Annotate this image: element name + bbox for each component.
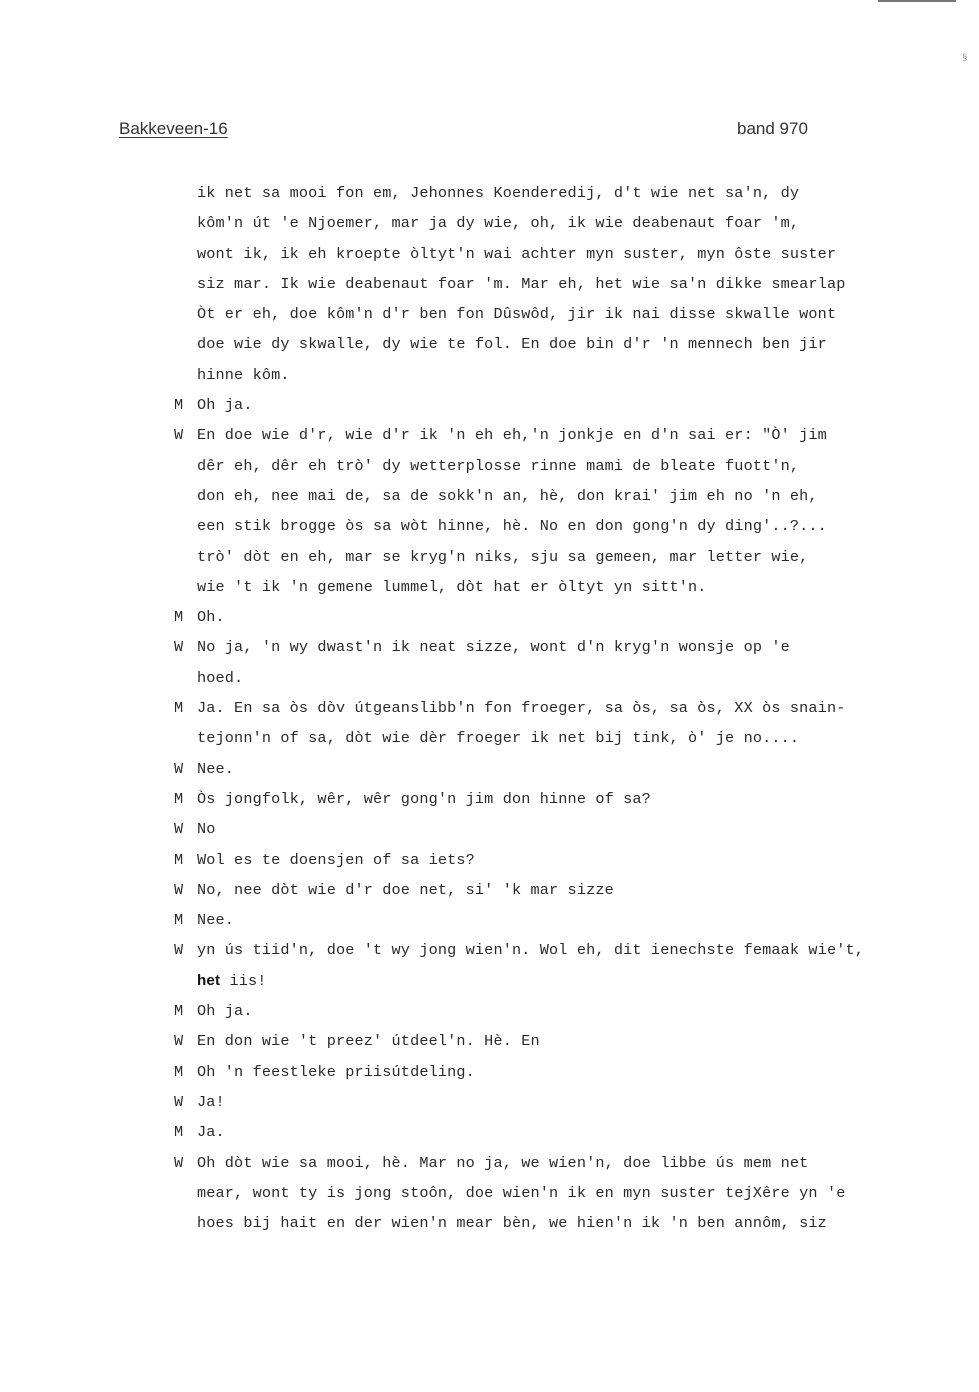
line-text: Oh 'n feestleke priisútdeling. xyxy=(197,1063,475,1081)
speaker-label: M xyxy=(174,996,197,1026)
speaker-label: M xyxy=(174,602,197,632)
line-text: No, nee dòt wie d'r doe net, si' 'k mar … xyxy=(197,881,614,899)
speaker-turn: WNo xyxy=(174,814,954,844)
line-text: hoed. xyxy=(197,669,243,687)
continuation-line: trò' dòt en eh, mar se kryg'n niks, sju … xyxy=(174,542,954,572)
speaker-turn: MOh. xyxy=(174,602,954,632)
corner-mark: § xyxy=(962,53,967,63)
speaker-turn: WNee. xyxy=(174,754,954,784)
top-edge-rule xyxy=(878,0,956,2)
speaker-label: M xyxy=(174,1117,197,1147)
tape-number: band 970 xyxy=(737,119,808,139)
continuation-line: siz mar. Ik wie deabenaut foar 'm. Mar e… xyxy=(174,269,954,299)
speaker-turn: MNee. xyxy=(174,905,954,935)
line-text: yn ús tiid'n, doe 't wy jong wien'n. Wol… xyxy=(197,941,864,959)
speaker-turn: MÒs jongfolk, wêr, wêr gong'n jim don hi… xyxy=(174,784,954,814)
line-text: kôm'n út 'e Njoemer, mar ja dy wie, oh, … xyxy=(197,214,799,232)
line-text: het iis! xyxy=(197,972,267,990)
line-text: hinne kôm. xyxy=(197,366,290,384)
line-text: Ja. xyxy=(197,1123,225,1141)
transcript-body: ik net sa mooi fon em, Jehonnes Koendere… xyxy=(174,178,954,1238)
line-text: Oh dòt wie sa mooi, hè. Mar no ja, we wi… xyxy=(197,1154,808,1172)
speaker-label: M xyxy=(174,1057,197,1087)
speaker-label: W xyxy=(174,1087,197,1117)
speaker-turn: WEn doe wie d'r, wie d'r ik 'n eh eh,'n … xyxy=(174,420,954,450)
speaker-label: W xyxy=(174,754,197,784)
continuation-line: ik net sa mooi fon em, Jehonnes Koendere… xyxy=(174,178,954,208)
line-text: hoes bij hait en der wien'n mear bèn, we… xyxy=(197,1214,827,1232)
handwritten-correction: het xyxy=(197,972,220,989)
continuation-line: kôm'n út 'e Njoemer, mar ja dy wie, oh, … xyxy=(174,208,954,238)
continuation-line: dêr eh, dêr eh trò' dy wetterplosse rinn… xyxy=(174,451,954,481)
line-text: Ja. En sa òs dòv útgeanslibb'n fon froeg… xyxy=(197,699,845,717)
speaker-turn: MOh 'n feestleke priisútdeling. xyxy=(174,1057,954,1087)
continuation-line: het iis! xyxy=(174,966,954,996)
speaker-turn: MWol es te doensjen of sa iets? xyxy=(174,845,954,875)
speaker-turn: MJa. xyxy=(174,1117,954,1147)
speaker-label: W xyxy=(174,632,197,662)
line-text: En doe wie d'r, wie d'r ik 'n eh eh,'n j… xyxy=(197,426,827,444)
continuation-line: een stik brogge òs sa wòt hinne, hè. No … xyxy=(174,511,954,541)
speaker-label: M xyxy=(174,784,197,814)
speaker-turn: WEn don wie 't preez' útdeel'n. Hè. En xyxy=(174,1026,954,1056)
line-text: En don wie 't preez' útdeel'n. Hè. En xyxy=(197,1032,540,1050)
speaker-label: W xyxy=(174,875,197,905)
line-text: Wol es te doensjen of sa iets? xyxy=(197,851,475,869)
speaker-turn: WNo ja, 'n wy dwast'n ik neat sizze, won… xyxy=(174,632,954,662)
speaker-label: W xyxy=(174,814,197,844)
line-text: wie 't ik 'n gemene lummel, dòt hat er ò… xyxy=(197,578,707,596)
speaker-turn: Wyn ús tiid'n, doe 't wy jong wien'n. Wo… xyxy=(174,935,954,965)
line-text: don eh, nee mai de, sa de sokk'n an, hè,… xyxy=(197,487,818,505)
line-text: mear, wont ty is jong stoôn, doe wien'n … xyxy=(197,1184,845,1202)
line-text: Oh ja. xyxy=(197,396,253,414)
speaker-label: W xyxy=(174,1026,197,1056)
continuation-line: don eh, nee mai de, sa de sokk'n an, hè,… xyxy=(174,481,954,511)
line-text: Oh ja. xyxy=(197,1002,253,1020)
line-text: doe wie dy skwalle, dy wie te fol. En do… xyxy=(197,335,827,353)
line-text: No xyxy=(197,820,216,838)
speaker-label: M xyxy=(174,390,197,420)
continuation-line: hinne kôm. xyxy=(174,360,954,390)
speaker-turn: WJa! xyxy=(174,1087,954,1117)
speaker-label: M xyxy=(174,905,197,935)
continuation-line: doe wie dy skwalle, dy wie te fol. En do… xyxy=(174,329,954,359)
continuation-line: tejonn'n of sa, dòt wie dèr froeger ik n… xyxy=(174,723,954,753)
continuation-line: wont ik, ik eh kroepte òltyt'n wai achte… xyxy=(174,239,954,269)
speaker-label: M xyxy=(174,845,197,875)
line-text: No ja, 'n wy dwast'n ik neat sizze, wont… xyxy=(197,638,790,656)
line-text: Nee. xyxy=(197,760,234,778)
continuation-line: hoes bij hait en der wien'n mear bèn, we… xyxy=(174,1208,954,1238)
continuation-line: wie 't ik 'n gemene lummel, dòt hat er ò… xyxy=(174,572,954,602)
speaker-label: W xyxy=(174,935,197,965)
line-text: Oh. xyxy=(197,608,225,626)
line-text: wont ik, ik eh kroepte òltyt'n wai achte… xyxy=(197,245,836,263)
speaker-turn: WNo, nee dòt wie d'r doe net, si' 'k mar… xyxy=(174,875,954,905)
line-text: dêr eh, dêr eh trò' dy wetterplosse rinn… xyxy=(197,457,799,475)
speaker-turn: MOh ja. xyxy=(174,390,954,420)
line-text: Ja! xyxy=(197,1093,225,1111)
continuation-line: Òt er eh, doe kôm'n d'r ben fon Dûswôd, … xyxy=(174,299,954,329)
line-text: Nee. xyxy=(197,911,234,929)
continuation-line: hoed. xyxy=(174,663,954,693)
speaker-turn: MOh ja. xyxy=(174,996,954,1026)
line-text: trò' dòt en eh, mar se kryg'n niks, sju … xyxy=(197,548,808,566)
speaker-label: W xyxy=(174,420,197,450)
speaker-turn: WOh dòt wie sa mooi, hè. Mar no ja, we w… xyxy=(174,1148,954,1178)
line-text: siz mar. Ik wie deabenaut foar 'm. Mar e… xyxy=(197,275,845,293)
line-text: tejonn'n of sa, dòt wie dèr froeger ik n… xyxy=(197,729,799,747)
speaker-label: W xyxy=(174,1148,197,1178)
line-text: Òs jongfolk, wêr, wêr gong'n jim don hin… xyxy=(197,790,651,808)
speaker-label: M xyxy=(174,693,197,723)
line-text: Òt er eh, doe kôm'n d'r ben fon Dûswôd, … xyxy=(197,305,836,323)
continuation-line: mear, wont ty is jong stoôn, doe wien'n … xyxy=(174,1178,954,1208)
line-text: een stik brogge òs sa wòt hinne, hè. No … xyxy=(197,517,827,535)
line-text: ik net sa mooi fon em, Jehonnes Koendere… xyxy=(197,184,799,202)
speaker-turn: MJa. En sa òs dòv útgeanslibb'n fon froe… xyxy=(174,693,954,723)
document-title: Bakkeveen-16 xyxy=(119,119,228,139)
